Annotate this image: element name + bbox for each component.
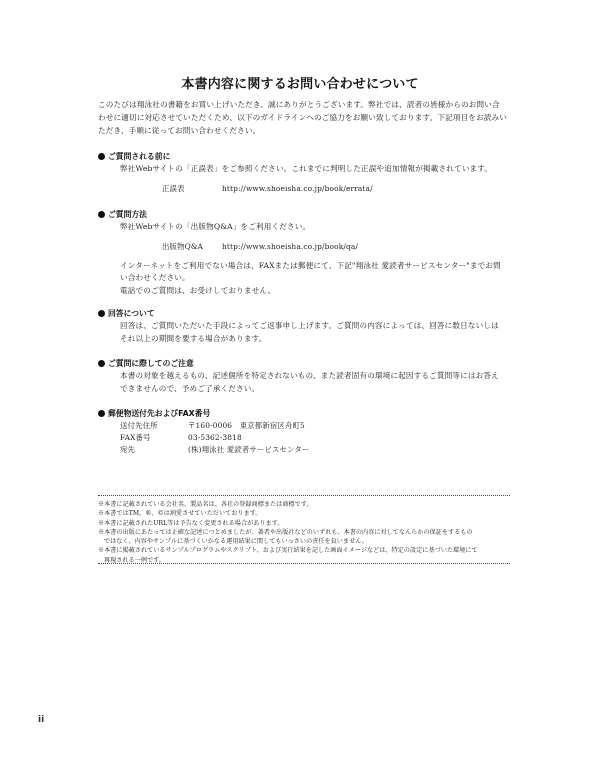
- note-line: ※本書の出版にあたっては正確な記述につとめましたが、著者や出版社などのいずれも、…: [98, 528, 518, 537]
- section-heading-text: ご質問に際してのご注意: [108, 359, 194, 368]
- note-line: ※本書に掲載されているサンプルプログラムやスクリプト、および実行結果を記した画面…: [98, 546, 518, 555]
- link-label: 出版物Q&A: [162, 241, 222, 253]
- row-key: 送付先住所: [120, 420, 188, 432]
- section-heading-text: 回答について: [108, 309, 155, 318]
- section-heading: ご質問に際してのご注意: [98, 358, 518, 370]
- body-line: 弊社Webサイトの「出版物Q&A」をご利用ください。: [120, 221, 518, 234]
- body-line: い合わせください。: [120, 272, 518, 285]
- document-page: 本書内容に関するお問い合わせについて このたびは翔泳社の書籍をお買い上げいただき…: [0, 0, 600, 758]
- note-line: ※本書に記載されている会社名、製品名は、各社の登録商標または商標です。: [98, 500, 518, 509]
- section-before-asking: ご質問される前に 弊社Webサイトの「正誤表」をご参照ください。これまでに判明し…: [98, 151, 518, 202]
- row-value: (株)翔泳社 愛読者サービスセンター: [188, 444, 309, 456]
- dotted-divider-top: [98, 495, 510, 496]
- bullet-icon: [98, 360, 105, 367]
- section-heading: 郵便物送付先およびFAX番号: [98, 408, 518, 420]
- fax-row: FAX番号 03-5362-3818: [120, 432, 518, 444]
- note-line: ※本書に記載されたURL等は予告なく変更される場合があります。: [98, 519, 518, 528]
- row-key: FAX番号: [120, 432, 188, 444]
- dotted-divider-bottom: [98, 563, 510, 564]
- body-line: 回答は、ご質問いただいた手段によってご返事申し上げます。ご質問の内容によっては、…: [120, 320, 518, 333]
- note-line: ではなく、内容やサンプルに基づくいかなる運用結果に関してもいっさいの責任を負いま…: [98, 537, 518, 546]
- page-title: 本書内容に関するお問い合わせについて: [0, 73, 600, 92]
- section-mail-fax: 郵便物送付先およびFAX番号 送付先住所 〒160-0006 東京都新宿区舟町5…: [98, 408, 518, 456]
- bullet-icon: [98, 153, 105, 160]
- section-heading: 回答について: [98, 308, 518, 320]
- qa-link-row: 出版物Q&A http://www.shoeisha.co.jp/book/qa…: [162, 241, 518, 253]
- errata-link-row: 正誤表 http://www.shoeisha.co.jp/book/errat…: [162, 183, 518, 195]
- intro-line: このたびは翔泳社の書籍をお買い上げいただき、誠にありがとうございます。弊社では、…: [98, 98, 518, 111]
- errata-link[interactable]: http://www.shoeisha.co.jp/book/errata/: [222, 183, 373, 195]
- qa-link[interactable]: http://www.shoeisha.co.jp/book/qa/: [222, 241, 358, 253]
- intro-line: わせに適切に対応させていただくため、以下のガイドラインへのご協力をお願い致してお…: [98, 111, 518, 124]
- section-heading-text: ご質問される前に: [108, 152, 170, 161]
- body-line: インターネットをご利用でない場合は、FAXまたは郵便にて、下記"翔泳社 愛読者サ…: [120, 260, 518, 273]
- section-heading-text: ご質問方法: [108, 210, 147, 219]
- section-answer: 回答について 回答は、ご質問いただいた手段によってご返事申し上げます。ご質問の内…: [98, 308, 518, 345]
- address-row: 送付先住所 〒160-0006 東京都新宿区舟町5: [120, 420, 518, 432]
- row-value: 03-5362-3818: [188, 432, 242, 444]
- bullet-icon: [98, 211, 105, 218]
- notes-block: ※本書に記載されている会社名、製品名は、各社の登録商標または商標です。 ※本書で…: [98, 500, 518, 565]
- section-question-method: ご質問方法 弊社Webサイトの「出版物Q&A」をご利用ください。 出版物Q&A …: [98, 209, 518, 297]
- bullet-icon: [98, 310, 105, 317]
- link-label: 正誤表: [162, 183, 222, 195]
- section-heading: ご質問方法: [98, 209, 518, 221]
- page-number: ii: [38, 715, 44, 725]
- section-heading-text: 郵便物送付先およびFAX番号: [108, 409, 210, 418]
- recipient-row: 宛先 (株)翔泳社 愛読者サービスセンター: [120, 444, 518, 456]
- intro-paragraph: このたびは翔泳社の書籍をお買い上げいただき、誠にありがとうございます。弊社では、…: [98, 98, 518, 137]
- section-heading: ご質問される前に: [98, 151, 518, 163]
- section-caution: ご質問に際してのご注意 本書の対象を越えるもの、記述個所を特定されないもの、また…: [98, 358, 518, 395]
- body-line: 本書の対象を越えるもの、記述個所を特定されないもの、また読者固有の環境に起因する…: [120, 370, 518, 383]
- body-line: それ以上の期間を要する場合があります。: [120, 333, 518, 346]
- note-line: ※本書ではTM、®、©は割愛させていただいております。: [98, 509, 518, 518]
- body-line: できませんので、予めご了承ください。: [120, 383, 518, 396]
- bullet-icon: [98, 410, 105, 417]
- body-line: 弊社Webサイトの「正誤表」をご参照ください。これまでに判明した正誤や追加情報が…: [120, 163, 518, 176]
- row-value: 〒160-0006 東京都新宿区舟町5: [188, 420, 305, 432]
- intro-line: ただき、手順に従ってお問い合わせください。: [98, 124, 518, 137]
- row-key: 宛先: [120, 444, 188, 456]
- body-line: 電話でのご質問は、お受けしておりません。: [120, 285, 518, 298]
